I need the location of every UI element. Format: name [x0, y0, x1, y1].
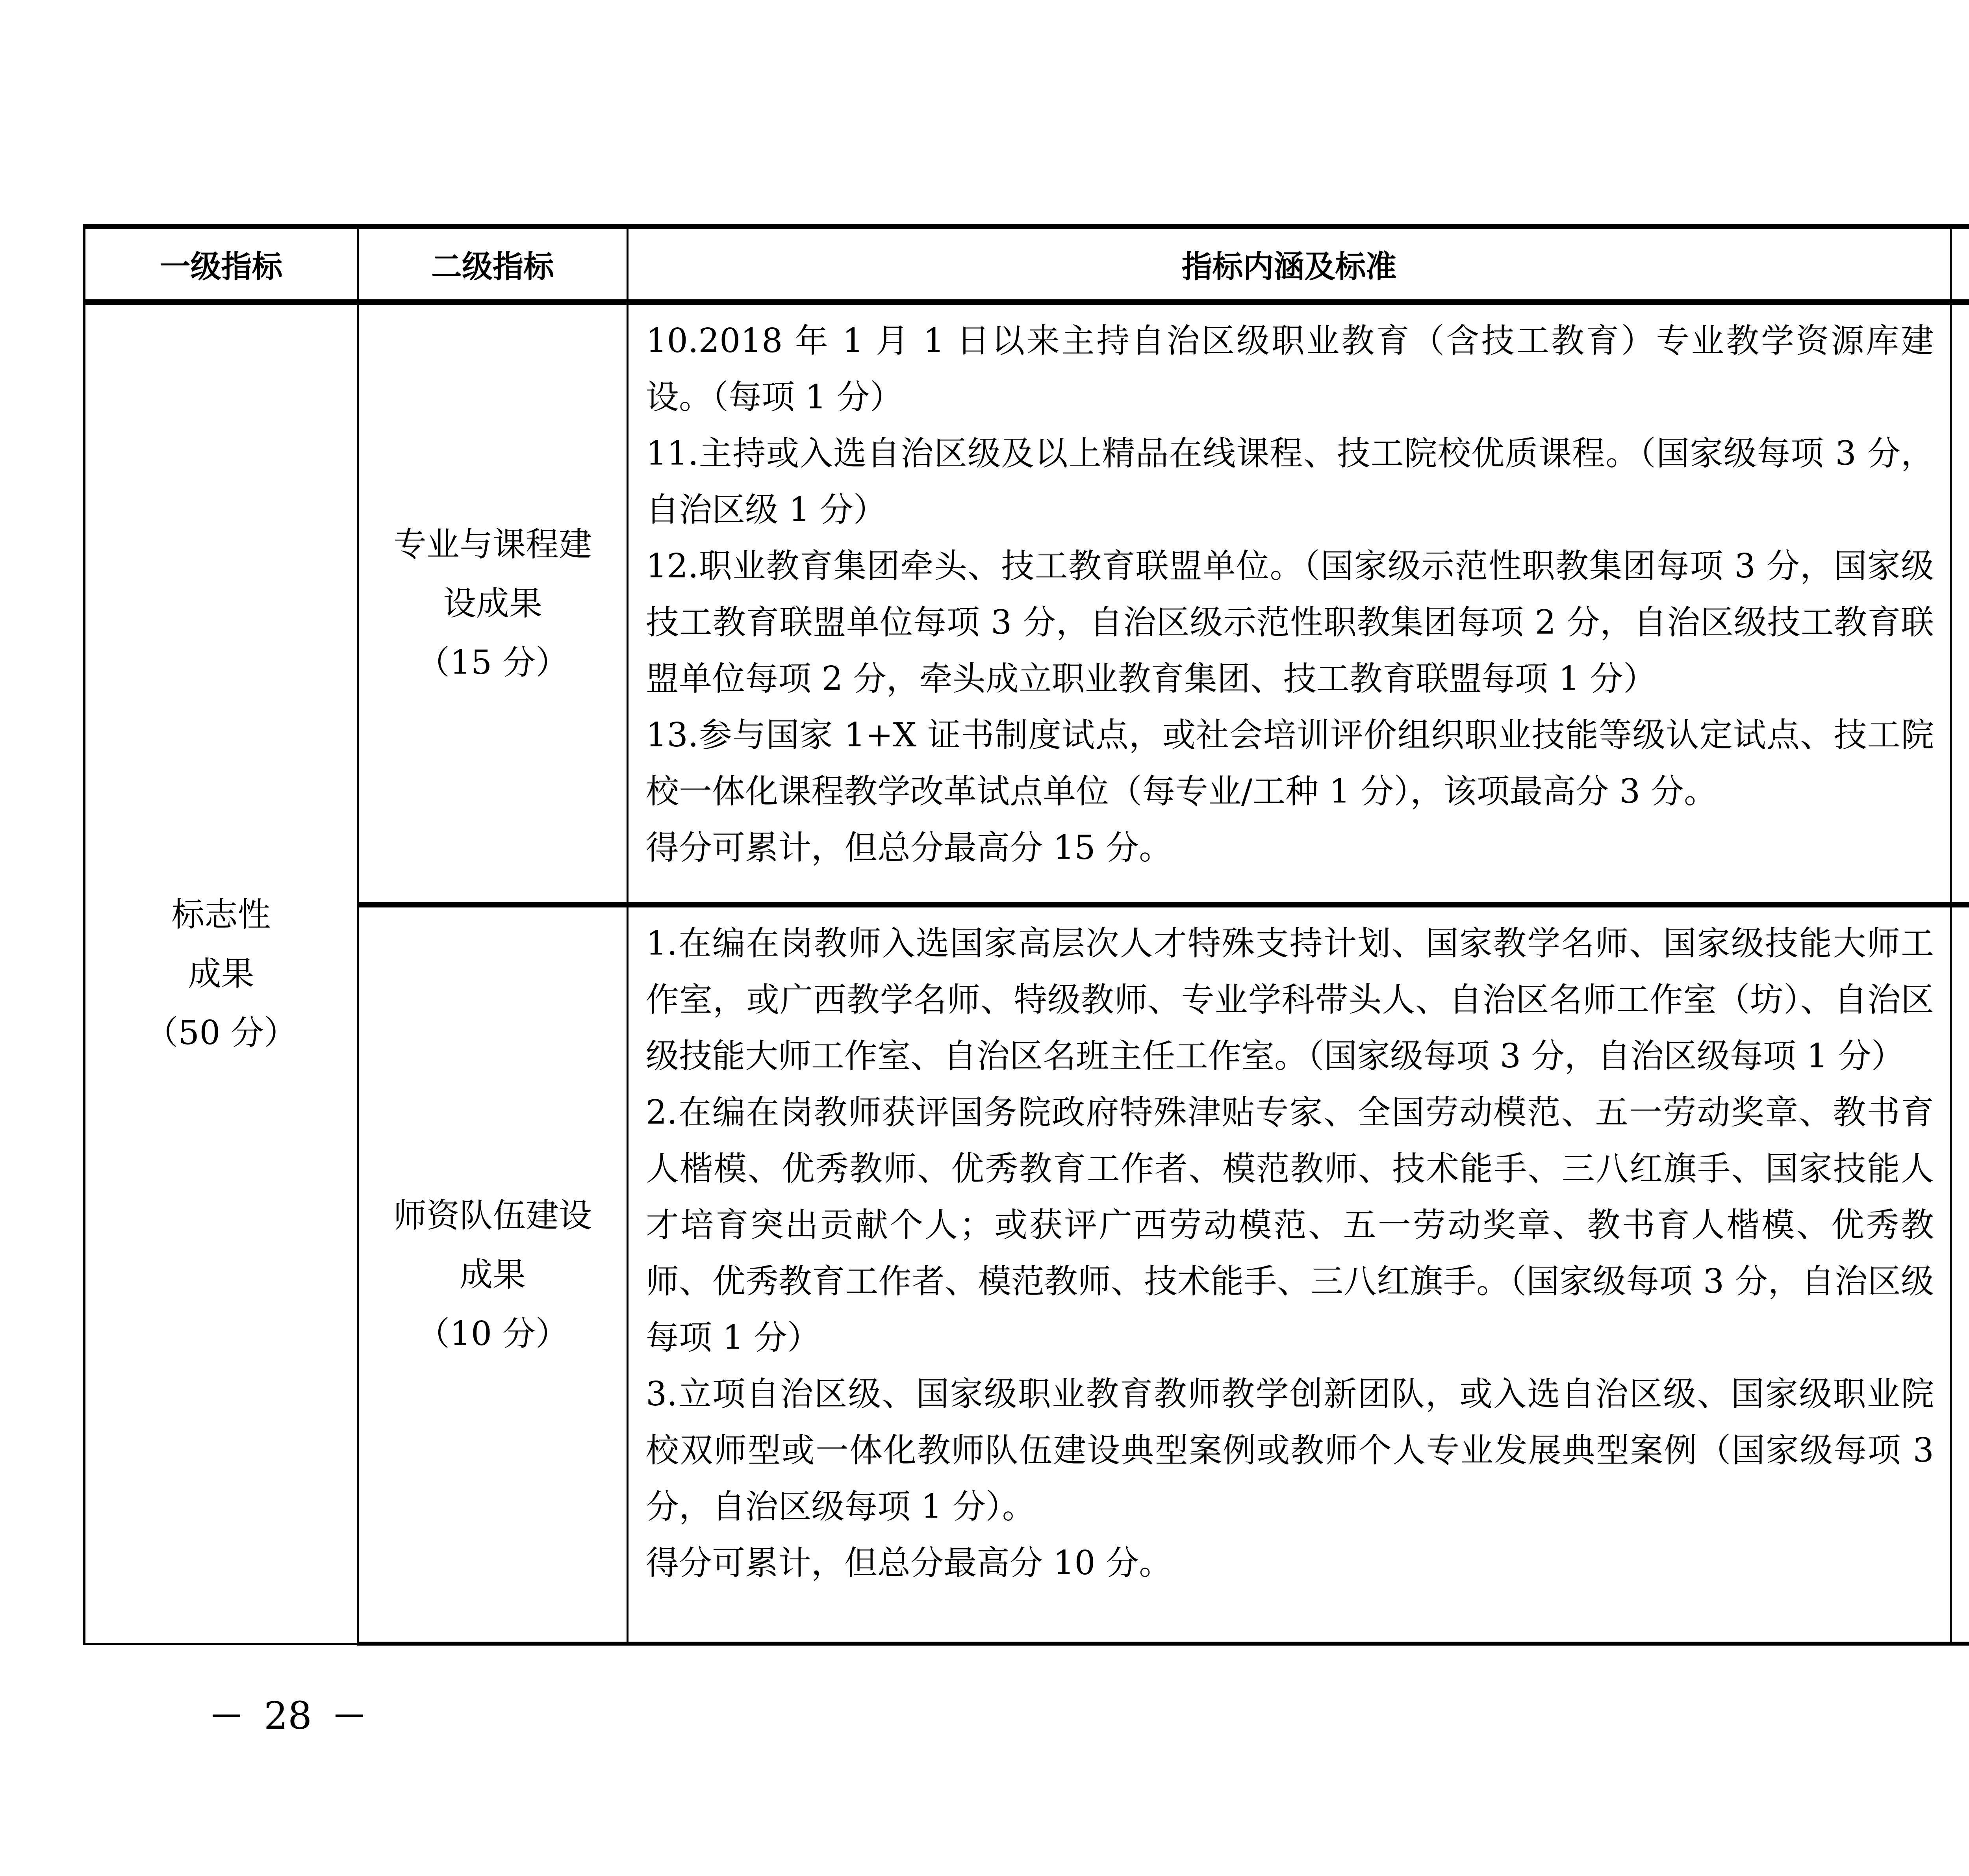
- level1-indicator-name: 标志性: [85, 885, 357, 944]
- page-number: 28: [264, 1694, 312, 1738]
- criteria-item: 3.立项自治区级、国家级职业教育教师教学创新团队，或入选自治区级、国家级职业院校…: [646, 1366, 1934, 1535]
- level2-indicator-score: （15 分）: [359, 633, 627, 692]
- header-level2-indicator: 二级指标: [358, 226, 628, 302]
- table-header-row: 一级指标 二级指标 指标内涵及标准 支撑材料 备注: [84, 226, 1969, 302]
- criteria-summary: 得分可累计，但总分最高分 15 分。: [646, 820, 1934, 876]
- criteria-cell: 1.在编在岗教师入选国家高层次人才特殊支持计划、国家教学名师、国家级技能大师工作…: [628, 905, 1951, 1644]
- level2-indicator-name-cont: 设成果: [359, 574, 627, 633]
- support-materials-cell: 成果清单及证明材料: [1951, 905, 1969, 1644]
- level1-indicator-score: （50 分）: [85, 1003, 357, 1062]
- page-footer: 28: [213, 1694, 363, 1738]
- header-support-materials: 支撑材料: [1951, 226, 1969, 302]
- criteria-item: 12.职业教育集团牵头、技工教育联盟单位。（国家级示范性职教集团每项 3 分，国…: [646, 538, 1934, 707]
- level1-indicator-name-cont: 成果: [85, 944, 357, 1003]
- level2-indicator-name: 专业与课程建: [359, 515, 627, 574]
- level2-indicator-cell: 专业与课程建 设成果 （15 分）: [358, 302, 628, 905]
- support-materials-cell: [1951, 302, 1969, 905]
- level2-indicator-cell: 师资队伍建设 成果 （10 分）: [358, 905, 628, 1644]
- criteria-cell: 10.2018 年 1 月 1 日以来主持自治区级职业教育（含技工教育）专业教学…: [628, 302, 1951, 905]
- dash-right: [336, 1715, 363, 1717]
- criteria-item: 13.参与国家 1+X 证书制度试点，或社会培训评价组织职业技能等级认定试点、技…: [646, 707, 1934, 820]
- evaluation-table: 一级指标 二级指标 指标内涵及标准 支撑材料 备注 标志性 成果 （50 分） …: [83, 224, 1969, 1646]
- header-level1-indicator: 一级指标: [84, 226, 358, 302]
- criteria-item: 2.在编在岗教师获评国务院政府特殊津贴专家、全国劳动模范、五一劳动奖章、教书育人…: [646, 1084, 1934, 1366]
- criteria-item: 11.主持或入选自治区级及以上精品在线课程、技工院校优质课程。（国家级每项 3 …: [646, 425, 1934, 538]
- level1-indicator-cell: 标志性 成果 （50 分）: [84, 302, 358, 1644]
- header-criteria: 指标内涵及标准: [628, 226, 1951, 302]
- criteria-item: 1.在编在岗教师入选国家高层次人才特殊支持计划、国家教学名师、国家级技能大师工作…: [646, 915, 1934, 1084]
- criteria-item: 10.2018 年 1 月 1 日以来主持自治区级职业教育（含技工教育）专业教学…: [646, 313, 1934, 425]
- level2-indicator-name-cont: 成果: [359, 1245, 627, 1304]
- dash-left: [213, 1715, 240, 1717]
- level2-indicator-name: 师资队伍建设: [359, 1186, 627, 1245]
- table-row: 师资队伍建设 成果 （10 分） 1.在编在岗教师入选国家高层次人才特殊支持计划…: [84, 905, 1969, 1644]
- table-row: 标志性 成果 （50 分） 专业与课程建 设成果 （15 分） 10.2018 …: [84, 302, 1969, 905]
- level2-indicator-score: （10 分）: [359, 1304, 627, 1363]
- criteria-summary: 得分可累计，但总分最高分 10 分。: [646, 1535, 1934, 1591]
